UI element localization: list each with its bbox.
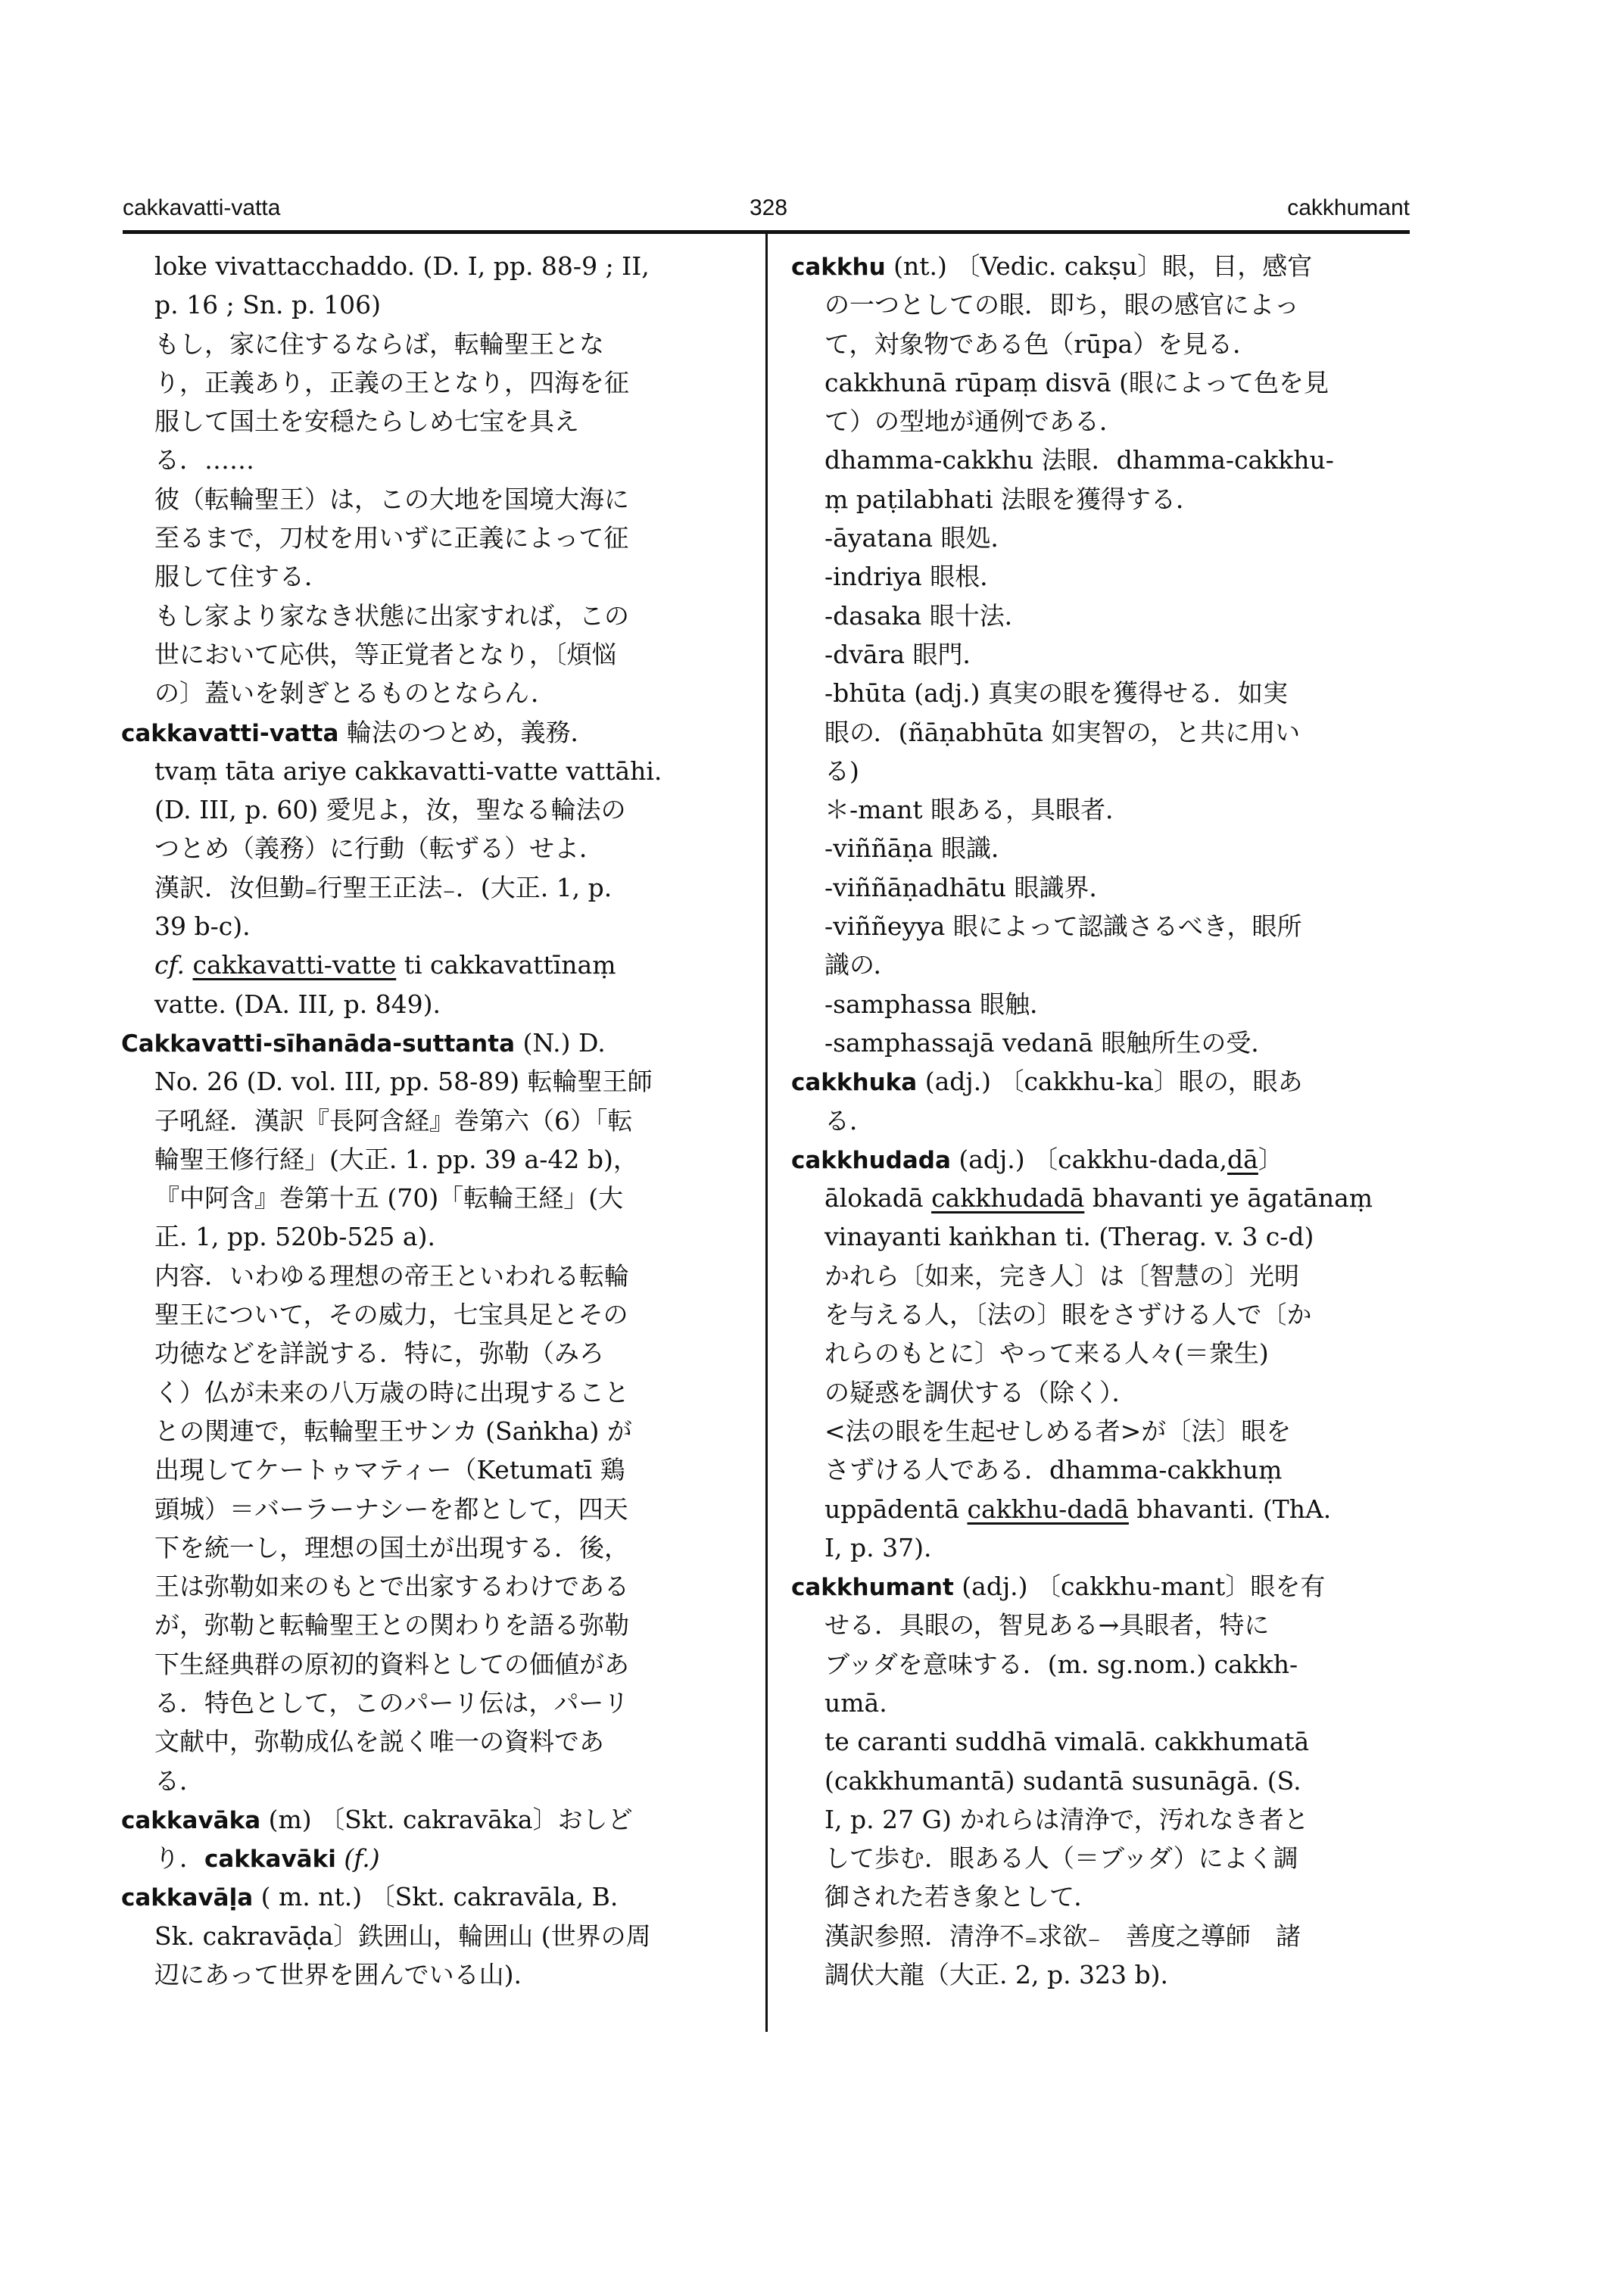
entry-text-line: る．…… — [121, 441, 743, 479]
text-segment: -bhūta (adj.) 真実の眼を獲得せる．如実 — [824, 678, 1288, 708]
text-segment: 〕 — [1258, 1145, 1283, 1174]
text-segment: の疑惑を調伏する（除く）． — [824, 1378, 1137, 1407]
text-segment: 出現してケートゥマティー（Ketumatī 鶏 — [154, 1455, 625, 1485]
text-segment: (m) 〔Skt. cakravāka〕おしど — [260, 1805, 632, 1834]
text-segment: 辺にあって世界を囲んでいる山). — [154, 1960, 522, 1989]
entry-text-line: つとめ（義務）に行動（転ずる）せよ． — [121, 829, 743, 868]
headword: cakkavāka — [121, 1807, 260, 1834]
text-segment: ( m. nt.) 〔Skt. cakravāla, B. — [253, 1882, 618, 1911]
entry-text-line: vatte. (DA. III, p. 849). — [121, 985, 743, 1023]
text-segment: (nt.) 〔Vedic. cakṣu〕眼，目，感官 — [886, 251, 1313, 281]
entry-text-line: 頭城）＝バーラーナシーを都として，四天 — [121, 1490, 743, 1528]
text-segment: る．…… — [154, 445, 254, 475]
text-segment: bhavanti. (ThA. — [1129, 1494, 1331, 1524]
entry-text-line: te caranti suddhā vimalā. cakkhumatā — [791, 1722, 1414, 1761]
text-segment: -āyatana 眼処． — [824, 523, 1016, 553]
text-segment: (adj.) 〔cakkhu-mant〕眼を有 — [954, 1572, 1326, 1601]
headword: cakkhu — [791, 254, 886, 281]
text-segment: uppādentā — [824, 1494, 968, 1524]
underlined-term: cakkhu-dadā — [968, 1494, 1129, 1524]
text-segment: -viññāṇa 眼識． — [824, 833, 1016, 863]
text-segment: dhamma-cakkhu 法眼．dhamma-cakkhu- — [824, 445, 1334, 475]
text-segment: り，正義あり，正義の王となり，四海を征 — [154, 368, 629, 397]
entry-text-line: る． — [121, 1762, 743, 1800]
text-segment: bhavanti ye āgatānaṃ — [1084, 1183, 1373, 1213]
entry-text-line: る．特色として，このパーリ伝は，パーリ — [121, 1684, 743, 1722]
text-segment: cakkhunā rūpaṃ disvā (眼によって色を見 — [824, 368, 1329, 397]
entry-text-line: 至るまで，刀杖を用いずに正義によって征 — [121, 519, 743, 557]
entry-text-line: 辺にあって世界を囲んでいる山). — [121, 1955, 743, 1994]
page-number: 328 — [750, 195, 787, 221]
text-segment: 漢訳参照．清浄不₌求欲₋ 善度之導師 諸 — [824, 1921, 1301, 1951]
text-segment: 漢訳．汝但勤₌行聖王正法₋．(大正. 1, p. — [154, 873, 612, 902]
entry-text-line: 調伏大龍（大正. 2, p. 323 b). — [791, 1955, 1414, 1994]
text-segment: せる．具眼の，智見ある→具眼者，特に — [824, 1610, 1269, 1640]
entry-text-line: の〕蓋いを剝ぎとるものとならん． — [121, 674, 743, 712]
text-segment: (N.) D. — [515, 1028, 606, 1058]
text-segment: ブッダを意味する．(m. sg.nom.) cakkh- — [824, 1650, 1298, 1679]
entry-text-line: -āyatana 眼処． — [791, 519, 1414, 557]
text-segment: して歩む．眼ある人（＝ブッダ）によく調 — [824, 1843, 1298, 1873]
text-segment: 39 b-c). — [154, 911, 251, 941]
entry-text-line: -viññāṇadhātu 眼識界． — [791, 868, 1414, 907]
text-segment: <法の眼を生起せしめる者>が〔法〕眼を — [824, 1416, 1291, 1446]
text-segment: 服して国土を安穏たらしめ七宝を具え — [154, 407, 579, 436]
entry-text-line: -samphassa 眼触． — [791, 985, 1414, 1023]
entry-headword-line: cakkavatti-vatta 輪法のつとめ，義務． — [121, 713, 743, 752]
text-segment: 子吼経．漢訳『長阿含経』巻第六（6）「転 — [154, 1106, 633, 1136]
text-segment: ti cakkavattīnaṃ — [396, 950, 616, 980]
entry-text-line: 内容．いわゆる理想の帝王といわれる転輪 — [121, 1257, 743, 1295]
text-segment: te caranti suddhā vimalā. cakkhumatā — [824, 1727, 1309, 1756]
entry-text-line: ṃ paṭilabhati 法眼を獲得する． — [791, 480, 1414, 519]
text-segment: て，対象物である色（rūpa）を見る． — [824, 329, 1258, 359]
entry-text-line: -samphassajā vedanā 眼触所生の受． — [791, 1023, 1414, 1062]
entry-text-line: 王は弥勒如来のもとで出家するわけである — [121, 1567, 743, 1606]
text-segment: -viññāṇadhātu 眼識界． — [824, 873, 1114, 902]
entry-text-line: 正. 1, pp. 520b-525 a). — [121, 1217, 743, 1256]
entry-text-line: 世において応供，等正覚者となり，〔煩悩 — [121, 635, 743, 674]
entry-text-line: の疑惑を調伏する（除く）． — [791, 1373, 1414, 1412]
entry-text-line: ＊-mant 眼ある，具眼者． — [791, 790, 1414, 829]
entry-text-line: tvaṃ tāta ariye cakkavatti-vatte vattāhi… — [121, 752, 743, 790]
text-segment: 世において応供，等正覚者となり，〔煩悩 — [154, 640, 617, 669]
text-segment: tvaṃ tāta ariye cakkavatti-vatte vattāhi… — [154, 756, 662, 786]
text-segment: loke vivattacchaddo. (D. I, pp. 88-9 ; I… — [154, 251, 650, 281]
entry-text-line: て，対象物である色（rūpa）を見る． — [791, 325, 1414, 363]
entry-text-line: 輪聖王修行経」(大正. 1. pp. 39 a-42 b)， — [121, 1140, 743, 1179]
text-segment: る． — [824, 1106, 874, 1136]
text-segment: 調伏大龍（大正. 2, p. 323 b). — [824, 1960, 1168, 1989]
text-segment: I, p. 37). — [824, 1533, 931, 1562]
entry-text-line: I, p. 27 G) かれらは清浄で，汚れなき者と — [791, 1800, 1414, 1839]
entry-text-line: 服して住する． — [121, 557, 743, 596]
entry-text-line: 『中阿含』巻第十五 (70)「転輪王経」(大 — [121, 1179, 743, 1217]
entry-text-line: -viññāṇa 眼識． — [791, 829, 1414, 868]
text-segment: 聖王について，その威力，七宝具足とその — [154, 1300, 628, 1329]
running-head-first-entry: cakkavatti-vatta — [123, 195, 280, 221]
text-segment: 『中阿含』巻第十五 (70)「転輪王経」(大 — [154, 1183, 623, 1213]
text-segment: vatte. (DA. III, p. 849). — [154, 989, 441, 1019]
entry-text-line: 漢訳．汝但勤₌行聖王正法₋．(大正. 1, p. — [121, 868, 743, 907]
entry-text-line: もし家より家なき状態に出家すれば，この — [121, 597, 743, 635]
entry-headword-line: cakkhuka (adj.) 〔cakkhu-ka〕眼の，眼あ — [791, 1062, 1414, 1101]
entry-headword-line: cakkavāka (m) 〔Skt. cakravāka〕おしど — [121, 1800, 743, 1839]
headword: cakkavāḷa — [121, 1884, 253, 1911]
text-segment: -samphassajā vedanā 眼触所生の受． — [824, 1028, 1276, 1058]
text-segment: もし，家に住するならば，転輪聖王とな — [154, 329, 604, 359]
entry-headword-line: cakkhu (nt.) 〔Vedic. cakṣu〕眼，目，感官 — [791, 247, 1414, 285]
headword: cakkhudada — [791, 1147, 951, 1174]
entry-text-line: -dvāra 眼門． — [791, 635, 1414, 674]
entry-text-line: 39 b-c). — [121, 907, 743, 946]
text-segment: (cakkhumantā) sudantā susunāgā. (S. — [824, 1766, 1301, 1796]
text-segment: く）仏が未来の八万歳の時に出現すること — [154, 1378, 629, 1407]
text-segment: 王は弥勒如来のもとで出家するわけである — [154, 1572, 629, 1601]
running-head-last-entry: cakkhumant — [1287, 195, 1410, 221]
text-segment: -indriya 眼根． — [824, 562, 1005, 591]
running-head: cakkavatti-vatta 328 cakkhumant — [123, 195, 1410, 226]
entry-text-line: 彼（転輪聖王）は，この大地を国境大海に — [121, 480, 743, 519]
text-segment: り． — [154, 1843, 204, 1873]
text-segment: ṃ paṭilabhati 法眼を獲得する． — [824, 484, 1201, 514]
entry-headword-line: Cakkavatti-sīhanāda-suttanta (N.) D. — [121, 1023, 743, 1062]
text-segment: -viññeyya 眼によって認識さるべき，眼所 — [824, 911, 1302, 941]
entry-text-line: -dasaka 眼十法． — [791, 597, 1414, 635]
entry-text-line: 下を統一し，理想の国土が出現する．後， — [121, 1528, 743, 1567]
text-segment: 下生経典群の原初的資料としての価値があ — [154, 1650, 629, 1679]
text-segment: る． — [154, 1766, 204, 1796]
text-segment: 眼の．(ñāṇabhūta 如実智の，と共に用い — [824, 718, 1300, 747]
entry-text-line: 下生経典群の原初的資料としての価値があ — [121, 1645, 743, 1684]
text-segment: 御された若き象として． — [824, 1882, 1099, 1911]
text-segment: 頭城）＝バーラーナシーを都として，四天 — [154, 1494, 628, 1524]
text-segment: る) — [824, 756, 859, 786]
text-segment: 服して住する． — [154, 562, 329, 591]
entry-text-line: が，弥勒と転輪聖王との関わりを語る弥勒 — [121, 1606, 743, 1644]
grammar-label: (f.) — [336, 1843, 380, 1873]
entry-text-line: -viññeyya 眼によって認識さるべき，眼所 — [791, 907, 1414, 946]
text-segment: p. 16 ; Sn. p. 106) — [154, 290, 381, 319]
entry-text-line: の一つとしての眼．即ち，眼の感官によっ — [791, 285, 1414, 324]
text-segment: -samphassa 眼触． — [824, 989, 1055, 1019]
text-segment: 功徳などを詳説する．特に，弥勒（みろ — [154, 1338, 604, 1368]
entry-headword-line: cakkhudada (adj.) 〔cakkhu-dada,dā〕 — [791, 1140, 1414, 1179]
text-segment: I, p. 27 G) かれらは清浄で，汚れなき者と — [824, 1805, 1309, 1834]
text-segment: との関連で，転輪聖王サンカ (Saṅkha) が — [154, 1416, 632, 1446]
entry-text-line: もし，家に住するならば，転輪聖王とな — [121, 325, 743, 363]
entry-text-line: p. 16 ; Sn. p. 106) — [121, 285, 743, 324]
entry-text-line: り，正義あり，正義の王となり，四海を征 — [121, 363, 743, 402]
text-segment: て）の型地が通例である． — [824, 407, 1124, 436]
entry-text-line: 識の． — [791, 946, 1414, 984]
entry-text-line: -indriya 眼根． — [791, 557, 1414, 596]
text-segment: -dvāra 眼門． — [824, 640, 988, 669]
text-segment: (adj.) 〔cakkhu-ka〕眼の，眼あ — [917, 1067, 1302, 1096]
entry-text-line: Sk. cakravāḍa〕鉄囲山，輪囲山 (世界の周 — [121, 1917, 743, 1955]
text-segment: 下を統一し，理想の国土が出現する．後， — [154, 1533, 629, 1562]
entry-text-line: (D. III, p. 60) 愛児よ，汝，聖なる輪法の — [121, 790, 743, 829]
headword: cakkavatti-vatta — [121, 720, 338, 747]
entry-text-line: さずける人である．dhamma-cakkhuṃ — [791, 1450, 1414, 1489]
entry-text-line: ālokadā cakkhudadā bhavanti ye āgatānaṃ — [791, 1179, 1414, 1217]
entry-headword-line: cakkhumant (adj.) 〔cakkhu-mant〕眼を有 — [791, 1567, 1414, 1606]
entry-text-line: して歩む．眼ある人（＝ブッダ）によく調 — [791, 1839, 1414, 1877]
abbreviation-cf: cf. — [154, 950, 193, 980]
entry-text-line: 子吼経．漢訳『長阿含経』巻第六（6）「転 — [121, 1101, 743, 1140]
text-segment: る．特色として，このパーリ伝は，パーリ — [154, 1688, 628, 1718]
entry-text-line: る) — [791, 752, 1414, 790]
text-segment: 輪法のつとめ，義務． — [338, 718, 595, 747]
entry-text-line: せる．具眼の，智見ある→具眼者，特に — [791, 1606, 1414, 1644]
entry-text-line: (cakkhumantā) sudantā susunāgā. (S. — [791, 1762, 1414, 1800]
entry-text-line: <法の眼を生起せしめる者>が〔法〕眼を — [791, 1412, 1414, 1450]
entry-text-line: て）の型地が通例である． — [791, 402, 1414, 441]
text-segment: 識の． — [824, 950, 899, 980]
entry-text-line: 漢訳参照．清浄不₌求欲₋ 善度之導師 諸 — [791, 1917, 1414, 1955]
entry-text-line: 眼の．(ñāṇabhūta 如実智の，と共に用い — [791, 713, 1414, 752]
entry-text-line: れらのもとに〕やって来る人々(＝衆生) — [791, 1334, 1414, 1372]
text-segment: れらのもとに〕やって来る人々(＝衆生) — [824, 1338, 1269, 1368]
entry-text-line: vinayanti kaṅkhan ti. (Therag. v. 3 c-d) — [791, 1217, 1414, 1256]
headword: cakkhumant — [791, 1574, 954, 1601]
text-segment: (D. III, p. 60) 愛児よ，汝，聖なる輪法の — [154, 795, 626, 824]
text-segment: が，弥勒と転輪聖王との関わりを語る弥勒 — [154, 1610, 629, 1640]
entry-text-line: umā. — [791, 1684, 1414, 1722]
text-segment: (adj.) 〔cakkhu-dada, — [951, 1145, 1227, 1174]
underlined-term: dā — [1227, 1145, 1258, 1174]
entry-text-line: 文献中，弥勒成仏を説く唯一の資料であ — [121, 1722, 743, 1761]
entry-text-line: cakkhunā rūpaṃ disvā (眼によって色を見 — [791, 363, 1414, 402]
entry-text-line: cf. cakkavatti-vatte ti cakkavattīnaṃ — [121, 946, 743, 984]
text-segment: 正. 1, pp. 520b-525 a). — [154, 1222, 435, 1251]
underlined-term: cakkavatti-vatte — [193, 950, 397, 980]
entry-text-line: 御された若き象として． — [791, 1877, 1414, 1916]
inline-headword: cakkavāki — [204, 1846, 336, 1873]
entry-text-line: く）仏が未来の八万歳の時に出現すること — [121, 1373, 743, 1412]
text-segment: vinayanti kaṅkhan ti. (Therag. v. 3 c-d) — [824, 1222, 1314, 1251]
text-segment: を与える人，〔法の〕眼をさずける人で〔か — [824, 1300, 1312, 1329]
text-segment: -dasaka 眼十法． — [824, 601, 1030, 631]
entry-text-line: 聖王について，その威力，七宝具足とその — [121, 1295, 743, 1334]
entry-text-line: との関連で，転輪聖王サンカ (Saṅkha) が — [121, 1412, 743, 1450]
text-segment: umā. — [824, 1688, 887, 1718]
entry-text-line: dhamma-cakkhu 法眼．dhamma-cakkhu- — [791, 441, 1414, 479]
text-segment: かれら〔如来，完き人〕は〔智慧の〕光明 — [824, 1261, 1299, 1291]
text-segment: の一つとしての眼．即ち，眼の感官によっ — [824, 290, 1299, 319]
entry-text-line: る． — [791, 1101, 1414, 1140]
entry-text-line: かれら〔如来，完き人〕は〔智慧の〕光明 — [791, 1257, 1414, 1295]
text-segment: No. 26 (D. vol. III, pp. 58-89) 転輪聖王師 — [154, 1067, 653, 1096]
entry-text-line: を与える人，〔法の〕眼をさずける人で〔か — [791, 1295, 1414, 1334]
text-segment: もし家より家なき状態に出家すれば，この — [154, 601, 629, 631]
entry-text-line: 功徳などを詳説する．特に，弥勒（みろ — [121, 1334, 743, 1372]
entry-text-line: 出現してケートゥマティー（Ketumatī 鶏 — [121, 1450, 743, 1489]
entry-text-line: り．cakkavāki (f.) — [121, 1839, 743, 1877]
text-segment: ＊-mant 眼ある，具眼者． — [824, 795, 1130, 824]
text-segment: 彼（転輪聖王）は，この大地を国境大海に — [154, 484, 629, 514]
entry-text-line: ブッダを意味する．(m. sg.nom.) cakkh- — [791, 1645, 1414, 1684]
text-segment: 輪聖王修行経」(大正. 1. pp. 39 a-42 b)， — [154, 1145, 638, 1174]
entry-text-line: No. 26 (D. vol. III, pp. 58-89) 転輪聖王師 — [121, 1062, 743, 1101]
text-segment: 至るまで，刀杖を用いずに正義によって征 — [154, 523, 628, 553]
underlined-term: cakkhudadā — [931, 1183, 1084, 1213]
entry-text-line: I, p. 37). — [791, 1528, 1414, 1567]
entry-text-line: -bhūta (adj.) 真実の眼を獲得せる．如実 — [791, 674, 1414, 712]
text-segment: ālokadā — [824, 1183, 931, 1213]
entry-headword-line: cakkavāḷa ( m. nt.) 〔Skt. cakravāla, B. — [121, 1877, 743, 1916]
text-segment: 内容．いわゆる理想の帝王といわれる転輪 — [154, 1261, 629, 1291]
headword: Cakkavatti-sīhanāda-suttanta — [121, 1030, 515, 1058]
column-divider — [765, 232, 768, 2032]
text-segment: つとめ（義務）に行動（転ずる）せよ． — [154, 833, 604, 863]
headword: cakkhuka — [791, 1069, 917, 1096]
text-segment: さずける人である．dhamma-cakkhuṃ — [824, 1455, 1282, 1485]
entry-text-line: 服して国土を安穏たらしめ七宝を具え — [121, 402, 743, 441]
entry-text-line: uppādentā cakkhu-dadā bhavanti. (ThA. — [791, 1490, 1414, 1528]
text-segment: Sk. cakravāḍa〕鉄囲山，輪囲山 (世界の周 — [154, 1921, 651, 1951]
left-column: loke vivattacchaddo. (D. I, pp. 88-9 ; I… — [121, 247, 743, 1994]
entry-text-line: loke vivattacchaddo. (D. I, pp. 88-9 ; I… — [121, 247, 743, 285]
text-segment: の〕蓋いを剝ぎとるものとならん． — [154, 678, 556, 708]
text-segment: 文献中，弥勒成仏を説く唯一の資料であ — [154, 1727, 604, 1756]
right-column: cakkhu (nt.) 〔Vedic. cakṣu〕眼，目，感官の一つとしての… — [791, 247, 1414, 1994]
dictionary-page: cakkavatti-vatta 328 cakkhumant loke viv… — [0, 0, 1624, 2293]
